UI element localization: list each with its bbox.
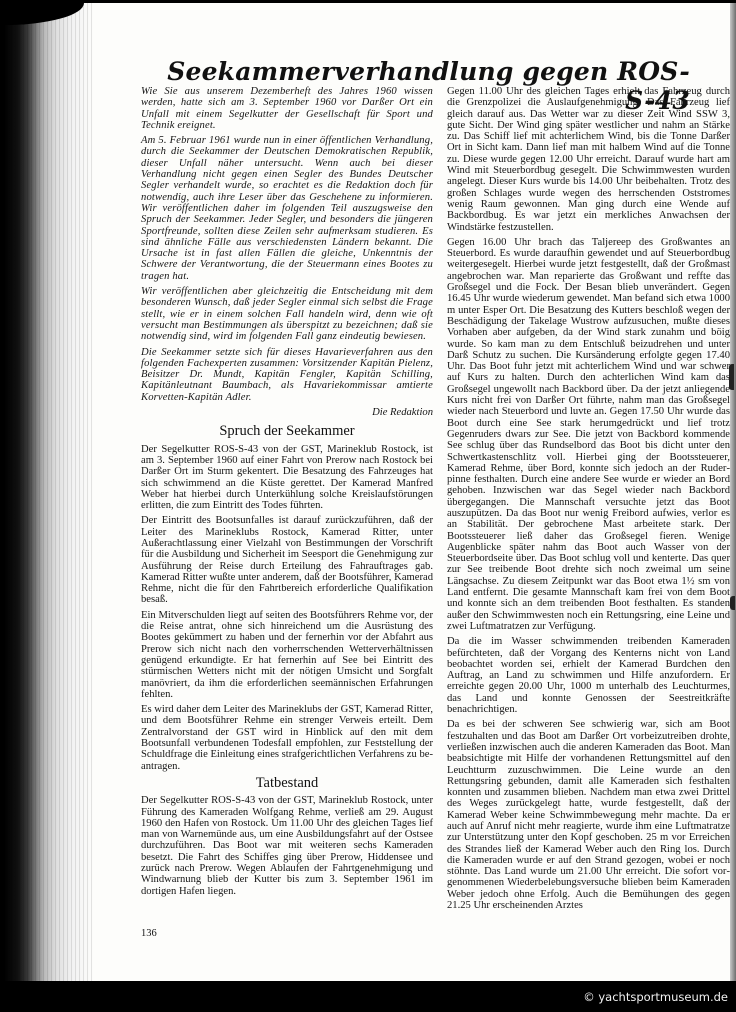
body-paragraph: Es wird daher dem Leiter des Marineklubs… (141, 704, 433, 772)
body-paragraph: Gegen 16.00 Uhr brach das Taljereep des … (447, 237, 730, 632)
copyright-watermark: © yachtsportmuseum.de (583, 990, 728, 1004)
editorial-intro: Wie Sie aus unserem Dezemberheft des Jah… (141, 86, 433, 403)
body-paragraph: Da die im Wasser schwimmenden treibenden… (447, 636, 730, 715)
body-paragraph: Ein Mitverschulden liegt auf seiten des … (141, 610, 433, 700)
binding-clip (730, 596, 735, 610)
intro-paragraph: Wir veröffentlichen aber gleichzeitig di… (141, 286, 433, 342)
body-paragraph: Der Segelkutter ROS-S-43 von der GST, Ma… (141, 795, 433, 897)
body-paragraph: Da es bei der schweren See schwierig war… (447, 719, 730, 911)
editorial-signature: Die Redaktion (141, 407, 433, 418)
body-paragraph: Der Segelkutter ROS-S-43 von der GST, Ma… (141, 444, 433, 512)
right-column: Gegen 11.00 Uhr des gleichen Tages erhie… (447, 86, 730, 915)
body-paragraph: Gegen 11.00 Uhr des gleichen Tages erhie… (447, 86, 730, 233)
page-stack-edge (4, 3, 94, 981)
page-number: 136 (141, 928, 157, 939)
page-edge-lines (4, 3, 94, 981)
spine-shadow (730, 3, 736, 981)
intro-paragraph: Wie Sie aus unserem Dezemberheft des Jah… (141, 86, 433, 131)
section-heading-tatbestand: Tatbestand (141, 778, 433, 789)
left-column: Wie Sie aus unserem Dezemberheft des Jah… (141, 86, 433, 901)
section-heading-spruch: Spruch der Seekammer (141, 426, 433, 437)
body-paragraph: Der Eintritt des Bootsunfalles ist darau… (141, 515, 433, 605)
intro-paragraph: Die Seekammer setzte sich für dieses Hav… (141, 347, 433, 403)
intro-paragraph: Am 5. Februar 1961 wurde nun in einer öf… (141, 135, 433, 282)
